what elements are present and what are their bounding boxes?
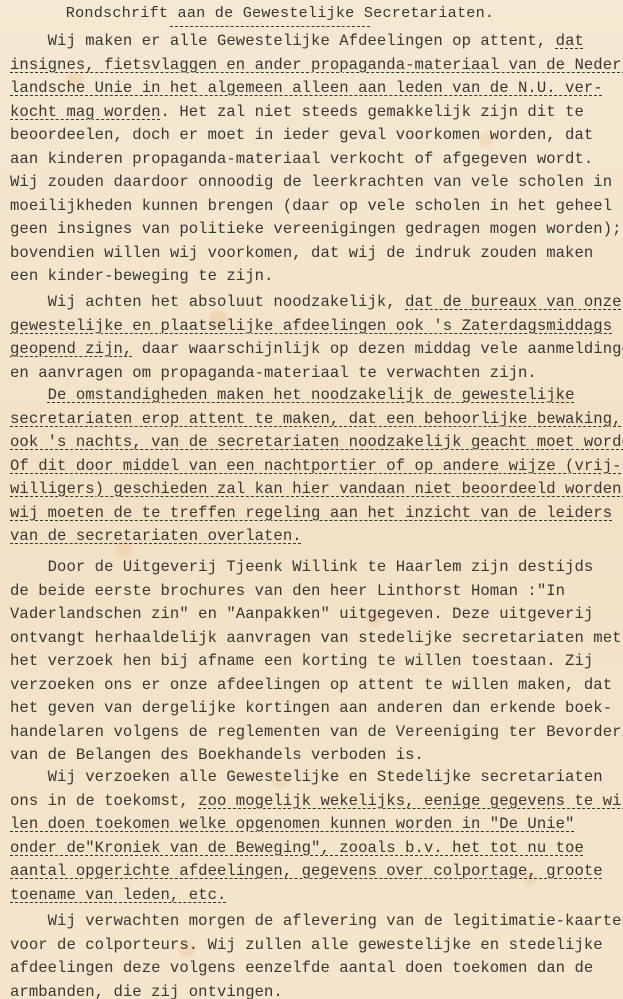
text-segment: moeilijkheden kunnen brengen (daar op ve… [10,197,612,215]
underlined-text: geopend zijn, [10,340,132,358]
text-line: gewestelijke en plaatselijke afdeelingen… [10,315,623,339]
text-line: Of dit door middel van een nachtportier … [10,455,623,479]
text-line: het verzoek hen bij afname een korting t… [10,650,623,674]
text-segment: Wij achten het absoluut noodzakelijk, [10,293,405,311]
text-line: handelaren volgens de reglementen van de… [10,721,623,745]
text-line: insignes, fietsvlaggen en ander propagan… [10,54,623,78]
text-segment: het verzoek hen bij afname een korting t… [10,652,593,670]
text-segment: daar waarschijnlijk op dezen middag vele… [132,340,623,358]
text-segment: Wij verzoeken alle Gewestelijke en Stede… [10,768,603,786]
text-segment [10,386,48,404]
paragraph-bureaux: Wij achten het absoluut noodzakelijk, da… [10,291,623,385]
underlined-text: ook 's nachts, van de secretariaten nood… [10,433,623,451]
underlined-text: kocht mag worden [10,103,161,121]
underlined-text: wij moeten de te treffen regeling aan he… [10,504,612,522]
text-segment: verzoeken ons er onze afdeelingen op att… [10,676,612,694]
underlined-text: gewestelijke en plaatselijke afdeelingen… [10,317,612,335]
text-segment: Door de Uitgeverij Tjeenk Willink te Haa… [10,558,593,576]
text-segment: aan kinderen propaganda-materiaal verkoc… [10,150,593,168]
text-line: Wij maken er alle Gewestelijke Afdeeling… [10,30,623,54]
text-segment: Wij verwachten morgen de aflevering van … [10,912,623,930]
text-line: verzoeken ons er onze afdeelingen op att… [10,674,623,698]
text-line: Wij verwachten morgen de aflevering van … [10,910,623,934]
text-line: van de Belangen des Boekhandels verboden… [10,744,623,768]
text-line: aan kinderen propaganda-materiaal verkoc… [10,148,623,172]
underlined-text: toename van leden, etc. [10,886,226,904]
text-segment: Vaderlandschen zin" en "Aanpakken" uitge… [10,605,593,623]
text-line: bovendien willen wij voorkomen, dat wij … [10,242,623,266]
text-segment: beoordeelen, doch er moet in ieder geval… [10,126,593,144]
underlined-text: secretariaten erop attent te maken, dat … [10,410,622,428]
text-line: een kinder-beweging te zijn. [10,265,623,289]
text-segment: Wij maken er alle Gewestelijke Afdeeling… [10,32,556,50]
text-segment: voor de colporteurs. Wij zullen alle gew… [10,936,603,954]
underlined-text: onder de"Kroniek van de Beweging", zooal… [10,839,584,857]
text-segment: een kinder-beweging te zijn. [10,267,273,285]
underlined-text: dat [556,32,584,50]
underlined-text: zoo mogelijk wekelijks, eenige gegevens … [198,792,623,810]
text-line: Door de Uitgeverij Tjeenk Willink te Haa… [10,556,623,580]
text-line: het geven van dergelijke kortingen aan a… [10,697,623,721]
text-line: onder de"Kroniek van de Beweging", zooal… [10,837,623,861]
text-line: landsche Unie in het algemeen alleen aan… [10,77,623,101]
text-line: geopend zijn, daar waarschijnlijk op dez… [10,338,623,362]
underlined-text: willigers) geschieden zal kan hier vanda… [10,480,623,498]
text-line: len doen toekomen welke opgenomen kunnen… [10,813,623,837]
text-segment: bovendien willen wij voorkomen, dat wij … [10,244,593,262]
paragraph-kroniek: Wij verzoeken alle Gewestelijke en Stede… [10,766,623,907]
text-line: toename van leden, etc. [10,884,623,908]
text-segment: afdeelingen deze volgens eenzelfde aanta… [10,959,593,977]
text-segment: en aanvragen om propaganda-materiaal te … [10,364,537,382]
text-line: Wij achten het absoluut noodzakelijk, da… [10,291,623,315]
text-line: voor de colporteurs. Wij zullen alle gew… [10,934,623,958]
text-segment: geen insignes van politieke vereeniginge… [10,220,622,238]
text-segment: ontvangt herhaaldelijk aanvragen van ste… [10,629,622,647]
text-line: en aanvragen om propaganda-materiaal te … [10,362,623,386]
underlined-text: aantal opgerichte afdeelingen, gegevens … [10,862,603,880]
text-line: ontvangt herhaaldelijk aanvragen van ste… [10,627,623,651]
text-line: Wij zouden daardoor onnoodig de leerkrac… [10,171,623,195]
text-line: ook 's nachts, van de secretariaten nood… [10,431,623,455]
text-line: aantal opgerichte afdeelingen, gegevens … [10,860,623,884]
text-line: Vaderlandschen zin" en "Aanpakken" uitge… [10,603,623,627]
text-segment: van de Belangen des Boekhandels verboden… [10,746,424,764]
text-segment: Wij zouden daardoor onnoodig de leerkrac… [10,173,612,191]
text-line: armbanden, die zij ontvingen. [10,981,623,999]
text-line: moeilijkheden kunnen brengen (daar op ve… [10,195,623,219]
text-line: secretariaten erop attent te maken, dat … [10,408,623,432]
underlined-text: De omstandigheden maken het noodzakelijk… [48,386,575,404]
paragraph-bewaking: De omstandigheden maken het noodzakelijk… [10,384,623,549]
paragraph-insignes: Wij maken er alle Gewestelijke Afdeeling… [10,30,623,289]
text-line: van de secretariaten overlaten. [10,525,623,549]
text-line: kocht mag worden. Het zal niet steeds ge… [10,101,623,125]
text-line: willigers) geschieden zal kan hier vanda… [10,478,623,502]
text-segment: handelaren volgens de reglementen van de… [10,723,623,741]
underlined-text: dat de bureaux van onze [405,293,621,311]
text-line: beoordeelen, doch er moet in ieder geval… [10,124,623,148]
underlined-text: len doen toekomen welke opgenomen kunnen… [10,815,574,833]
text-segment: de beide eerste brochures van den heer L… [10,582,565,600]
text-line: Wij verzoeken alle Gewestelijke en Stede… [10,766,623,790]
text-line: afdeelingen deze volgens eenzelfde aanta… [10,957,623,981]
text-line: ons in de toekomst, zoo mogelijk wekelij… [10,790,623,814]
text-segment: het geven van dergelijke kortingen aan a… [10,699,612,717]
underlined-text: insignes, fietsvlaggen en ander propagan… [10,56,623,74]
text-line: de beide eerste brochures van den heer L… [10,580,623,604]
document-page: Rondschrift aan de Gewestelijke Secretar… [0,0,623,999]
underlined-text: van de secretariaten overlaten. [10,527,302,545]
underlined-text: Of dit door middel van een nachtportier … [10,457,622,475]
document-title: Rondschrift aan de Gewestelijke Secretar… [0,4,560,22]
text-line: De omstandigheden maken het noodzakelijk… [10,384,623,408]
text-line: wij moeten de te treffen regeling aan he… [10,502,623,526]
text-segment: ons in de toekomst, [10,792,198,810]
paragraph-uitgeverij: Door de Uitgeverij Tjeenk Willink te Haa… [10,556,623,768]
text-segment: armbanden, die zij ontvingen. [10,983,283,999]
underlined-text: landsche Unie in het algemeen alleen aan… [10,79,603,97]
text-line: geen insignes van politieke vereeniginge… [10,218,623,242]
text-segment: . Het zal niet steeds gemakkelijk zijn d… [161,103,584,121]
paragraph-legitimatie: Wij verwachten morgen de aflevering van … [10,910,623,999]
title-underline [170,26,370,27]
